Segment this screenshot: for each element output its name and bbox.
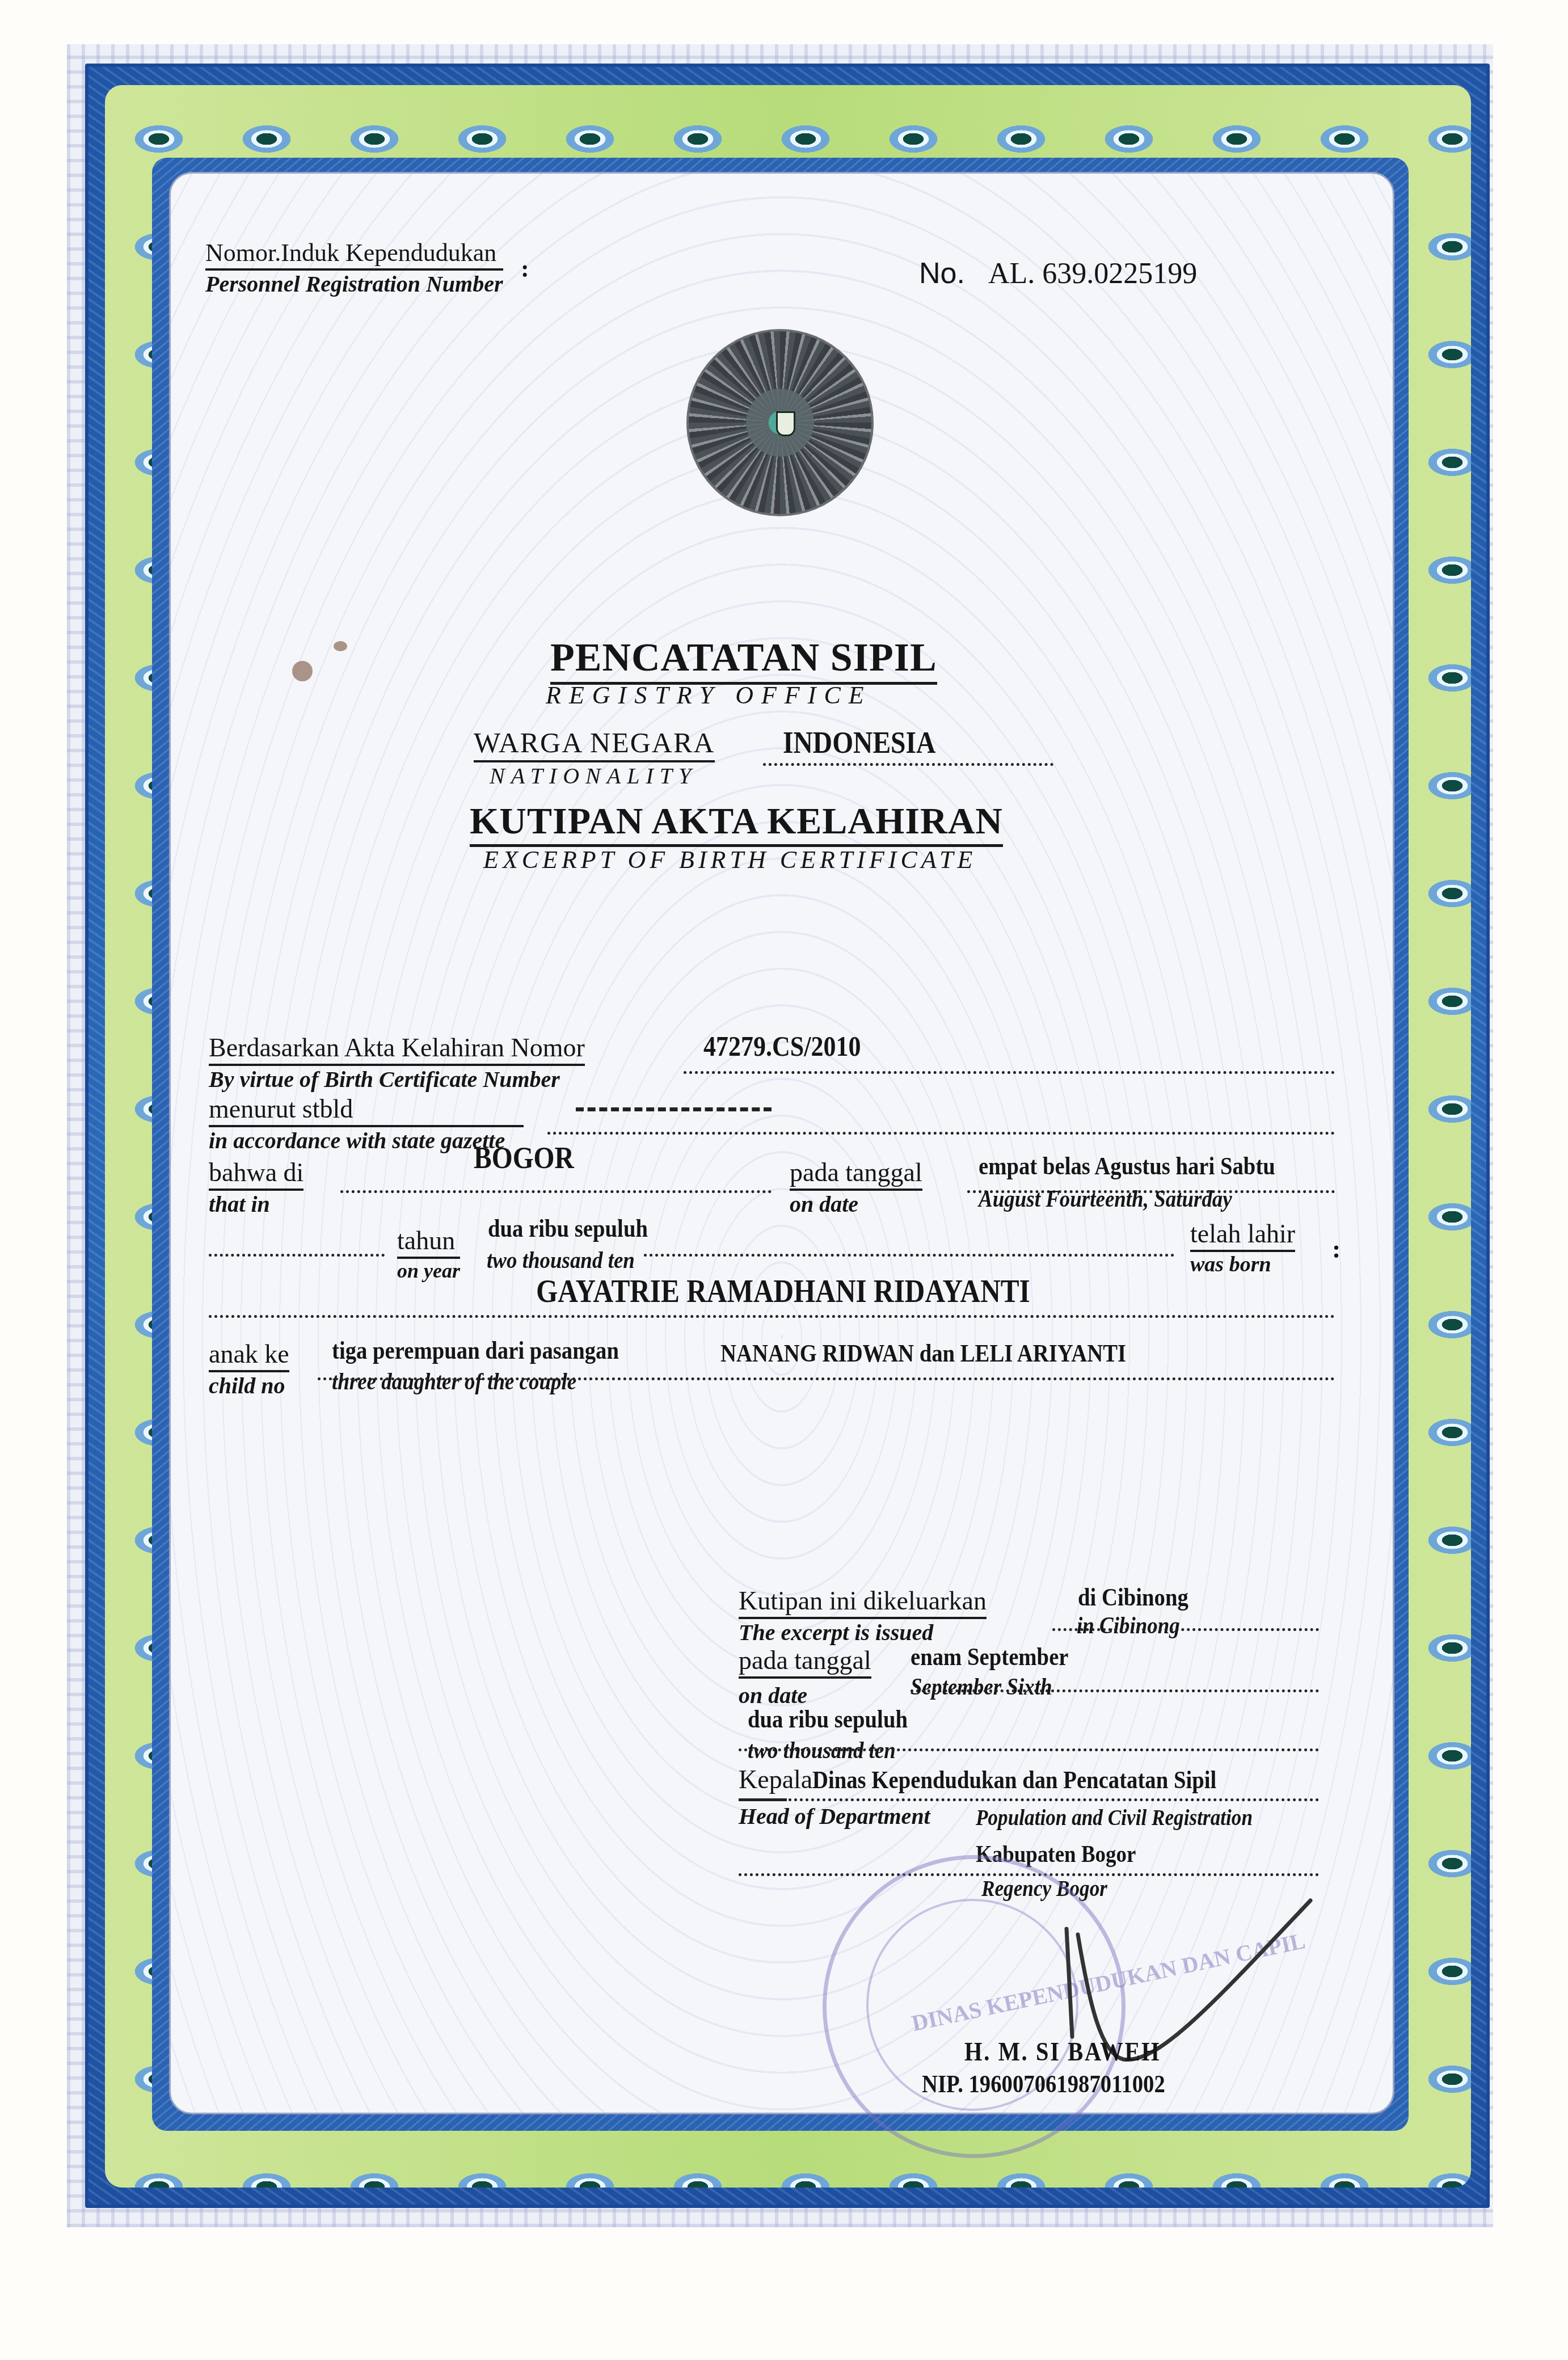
issued-year: dua ribu sepuluh xyxy=(748,1705,908,1734)
born-colon: : xyxy=(1332,1234,1341,1264)
year-label-en: on year xyxy=(397,1259,460,1283)
issued-place: di Cibinong xyxy=(1078,1583,1188,1612)
year-lead-dotline xyxy=(209,1254,385,1257)
parents-names: NANANG RIDWAN dan LELI ARIYANTI xyxy=(720,1339,1126,1368)
year-value: dua ribu sepuluh xyxy=(488,1214,648,1243)
child-no-label-block: anak ke child no xyxy=(209,1339,289,1399)
place-label-block: bahwa di that in xyxy=(209,1157,304,1217)
date-label: pada tanggal xyxy=(790,1157,922,1191)
issued-label-block: Kutipan ini dikeluarkan The excerpt is i… xyxy=(739,1586,987,1646)
nik-label-en: Personnel Registration Number xyxy=(205,271,503,297)
born-label-block: telah lahir was born xyxy=(1190,1219,1295,1277)
place-label: bahwa di xyxy=(209,1157,304,1191)
child-name: GAYATRIE RAMADHANI RIDAYANTI xyxy=(536,1274,1030,1310)
issued-date-label-block: pada tanggal on date xyxy=(739,1645,871,1709)
year-value-en: two thousand ten xyxy=(487,1247,635,1274)
office-title: PENCATATAN SIPIL xyxy=(550,635,937,685)
nationality-label: WARGA NEGARA xyxy=(474,726,715,762)
issued-place-dotline xyxy=(1052,1628,1319,1631)
nationality-label-en: NATIONALITY xyxy=(490,762,715,789)
issued-year-dotline xyxy=(739,1748,1319,1751)
issued-label: Kutipan ini dikeluarkan xyxy=(739,1586,987,1619)
nik-block: Nomor.Induk Kependudukan Personnel Regis… xyxy=(205,238,503,297)
issued-date-dotline xyxy=(911,1689,1319,1692)
child-no-value: tiga perempuan dari pasangan xyxy=(332,1336,619,1365)
nationality-value: INDONESIA xyxy=(783,725,935,760)
stain-mark xyxy=(292,661,313,681)
serial-prefix: No. xyxy=(919,257,965,290)
stbld-filler-dash xyxy=(576,1107,772,1111)
issued-date-label: pada tanggal xyxy=(739,1645,871,1679)
place-value: BOGOR xyxy=(474,1140,574,1175)
cert-number-value: 47279.CS/2010 xyxy=(703,1030,861,1063)
cert-number-dotline xyxy=(684,1071,1335,1074)
child-no-value-en: three daughter of the couple xyxy=(332,1368,576,1396)
place-dotline xyxy=(340,1190,772,1193)
document-title: KUTIPAN AKTA KELAHIRAN xyxy=(470,800,1003,847)
year-dotline xyxy=(644,1254,1174,1257)
year-label-block: tahun on year xyxy=(397,1225,460,1283)
date-label-block: pada tanggal on date xyxy=(790,1157,922,1217)
serial-number: No. AL. 639.0225199 xyxy=(919,256,1197,290)
head-underline xyxy=(739,1798,787,1801)
nik-label: Nomor.Induk Kependudukan xyxy=(205,238,503,271)
child-no-label-en: child no xyxy=(209,1372,289,1399)
document-title-en: EXCERPT OF BIRTH CERTIFICATE xyxy=(483,845,976,874)
nik-colon: : xyxy=(521,254,529,283)
cert-number-label-en: By virtue of Birth Certificate Number xyxy=(209,1066,585,1093)
head-line: KepalaDinas Kependudukan dan Pencatatan … xyxy=(739,1764,1272,1794)
child-name-dotline xyxy=(209,1315,1335,1318)
nationality-dotline xyxy=(763,763,1053,766)
issued-date-en: September Sixth xyxy=(911,1674,1052,1701)
issued-label-en: The excerpt is issued xyxy=(739,1619,987,1646)
born-label: telah lahir xyxy=(1190,1219,1295,1252)
head-label-en: Head of Department xyxy=(739,1803,930,1830)
place-label-en: that in xyxy=(209,1191,304,1217)
office-title-en: REGISTRY OFFICE xyxy=(546,681,872,710)
date-label-en: on date xyxy=(790,1191,922,1217)
issued-place-en: in Cibinong xyxy=(1077,1612,1180,1640)
stain-mark xyxy=(334,641,347,651)
head-value-en: Population and Civil Registration xyxy=(976,1804,1253,1831)
stbld-label: menurut stbld xyxy=(209,1094,524,1127)
issued-date: enam September xyxy=(911,1642,1069,1671)
head-dotline xyxy=(789,1798,1319,1801)
stbld-dotline xyxy=(547,1132,1335,1135)
date-value-en: August Fourteenth, Saturday xyxy=(979,1186,1232,1213)
official-nip: NIP. 196007061987011002 xyxy=(922,2070,1165,2098)
year-label: tahun xyxy=(397,1225,460,1259)
cert-number-label-block: Berdasarkan Akta Kelahiran Nomor By virt… xyxy=(209,1032,585,1093)
serial-value: AL. 639.0225199 xyxy=(988,258,1197,290)
nationality-block: WARGA NEGARA NATIONALITY xyxy=(474,726,715,789)
parents-dotline xyxy=(318,1377,1335,1380)
head-label: Kepala xyxy=(739,1765,812,1794)
child-no-label: anak ke xyxy=(209,1339,289,1372)
head-value: Dinas Kependudukan dan Pencatatan Sipil xyxy=(812,1765,1216,1794)
garuda-shield-icon xyxy=(776,411,795,436)
official-name: H. M. SI BAWEH xyxy=(964,2037,1161,2067)
cert-number-label: Berdasarkan Akta Kelahiran Nomor xyxy=(209,1032,585,1066)
born-label-en: was born xyxy=(1190,1252,1295,1277)
date-value: empat belas Agustus hari Sabtu xyxy=(979,1152,1275,1181)
